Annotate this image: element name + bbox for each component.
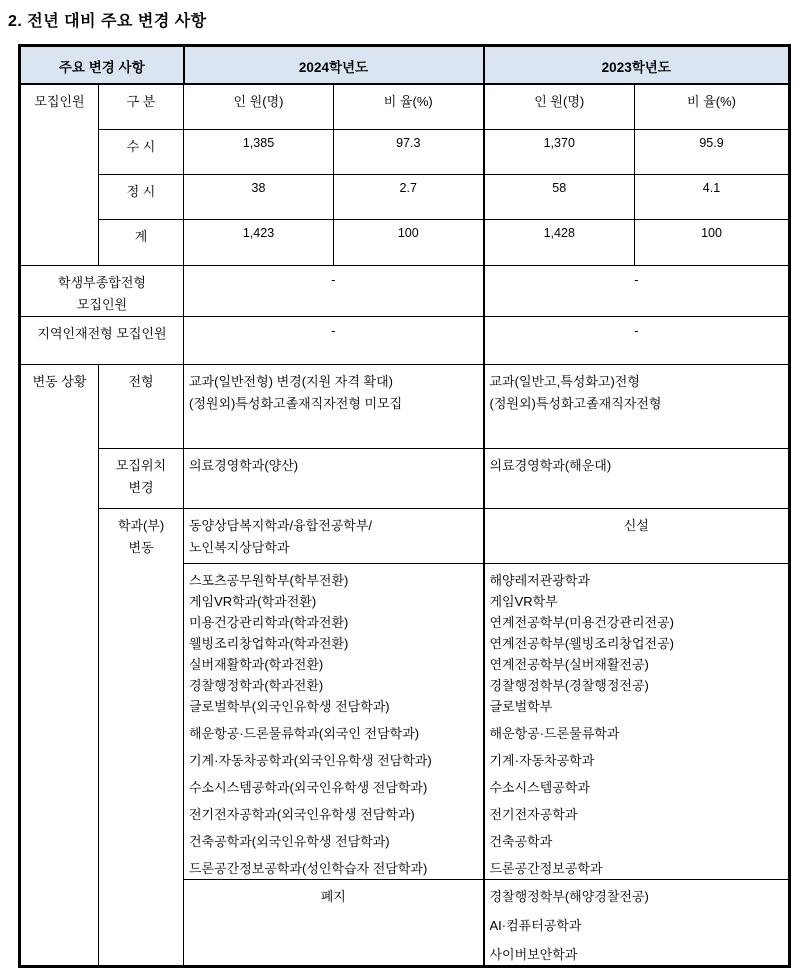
admission-type-2024: 교과(일반전형) 변경(지원 자격 확대)(정원외)특성화고졸재직자전형 미모집 — [184, 365, 484, 449]
susi-ratio-2023: 95.9 — [635, 130, 790, 175]
recruitment-subheader-row: 모집인원 구 분 인 원(명) 비 율(%) 인 원(명) 비 율(%) — [20, 84, 790, 130]
table-row-jeongsi: 정 시 38 2.7 58 4.1 — [20, 175, 790, 220]
table-row-dept-new: 학과(부)변동 동양상담복지학과/융합전공학부/노인복지상담학과 신설 — [20, 509, 790, 564]
header-change-items: 주요 변경 사항 — [20, 46, 184, 84]
col-count-2024: 인 원(명) — [184, 84, 334, 130]
dept-change-label: 학과(부)변동 — [99, 509, 184, 967]
jeongsi-count-2024: 38 — [184, 175, 334, 220]
header-year-2023: 2023학년도 — [484, 46, 790, 84]
jeongsi-label: 정 시 — [99, 175, 184, 220]
table-header-row: 주요 변경 사항 2024학년도 2023학년도 — [20, 46, 790, 84]
recruitment-label: 모집인원 — [20, 84, 99, 266]
total-ratio-2023: 100 — [635, 220, 790, 266]
jeongsi-count-2023: 58 — [484, 175, 635, 220]
dept-new-2023: 신설 — [484, 509, 790, 564]
total-label: 계 — [99, 220, 184, 266]
total-ratio-2024: 100 — [334, 220, 484, 266]
dept-new-2024: 동양상담복지학과/융합전공학부/노인복지상담학과 — [184, 509, 484, 564]
header-year-2024: 2024학년도 — [184, 46, 484, 84]
comprehensive-value-2024: - — [184, 266, 484, 317]
regional-value-2023: - — [484, 317, 790, 365]
admission-type-label: 전형 — [99, 365, 184, 449]
table-row-regional: 지역인재전형 모집인원 - - — [20, 317, 790, 365]
col-category: 구 분 — [99, 84, 184, 130]
susi-count-2024: 1,385 — [184, 130, 334, 175]
total-count-2024: 1,423 — [184, 220, 334, 266]
table-row-total: 계 1,423 100 1,428 100 — [20, 220, 790, 266]
col-ratio-2024: 비 율(%) — [334, 84, 484, 130]
susi-count-2023: 1,370 — [484, 130, 635, 175]
changes-label: 변동 상황 — [20, 365, 99, 967]
admission-type-2023: 교과(일반고,특성화고)전형(정원외)특성화고졸재직자전형 — [484, 365, 790, 449]
jeongsi-ratio-2023: 4.1 — [635, 175, 790, 220]
comprehensive-value-2023: - — [484, 266, 790, 317]
col-count-2023: 인 원(명) — [484, 84, 635, 130]
total-count-2023: 1,428 — [484, 220, 635, 266]
dept-converted-2024: 스포츠공무원학부(학부전환)게임VR학과(학과전환)미용건강관리학과(학과전환)… — [184, 564, 484, 880]
dept-converted-2023: 해양레저관광학과게임VR학부연계전공학부(미용건강관리전공)연계전공학부(웰빙조… — [484, 564, 790, 880]
table-row-comprehensive: 학생부종합전형모집인원 - - — [20, 266, 790, 317]
dept-abolished-2023: 경찰행정학부(해양경찰전공)AI·컴퓨터공학과사이버보안학과 — [484, 880, 790, 967]
location-change-2023: 의료경영학과(해운대) — [484, 449, 790, 509]
susi-ratio-2024: 97.3 — [334, 130, 484, 175]
changes-table: 주요 변경 사항 2024학년도 2023학년도 모집인원 구 분 인 원(명)… — [18, 44, 791, 968]
table-row-admission-type: 변동 상황 전형 교과(일반전형) 변경(지원 자격 확대)(정원외)특성화고졸… — [20, 365, 790, 449]
dept-abolished-2024: 폐지 — [184, 880, 484, 967]
regional-label: 지역인재전형 모집인원 — [20, 317, 184, 365]
table-row-location-change: 모집위치변경 의료경영학과(양산) 의료경영학과(해운대) — [20, 449, 790, 509]
susi-label: 수 시 — [99, 130, 184, 175]
page-title: 2. 전년 대비 주요 변경 사항 — [8, 8, 207, 31]
regional-value-2024: - — [184, 317, 484, 365]
location-change-label: 모집위치변경 — [99, 449, 184, 509]
jeongsi-ratio-2024: 2.7 — [334, 175, 484, 220]
table-row-susi: 수 시 1,385 97.3 1,370 95.9 — [20, 130, 790, 175]
col-ratio-2023: 비 율(%) — [635, 84, 790, 130]
location-change-2024: 의료경영학과(양산) — [184, 449, 484, 509]
comprehensive-label: 학생부종합전형모집인원 — [20, 266, 184, 317]
